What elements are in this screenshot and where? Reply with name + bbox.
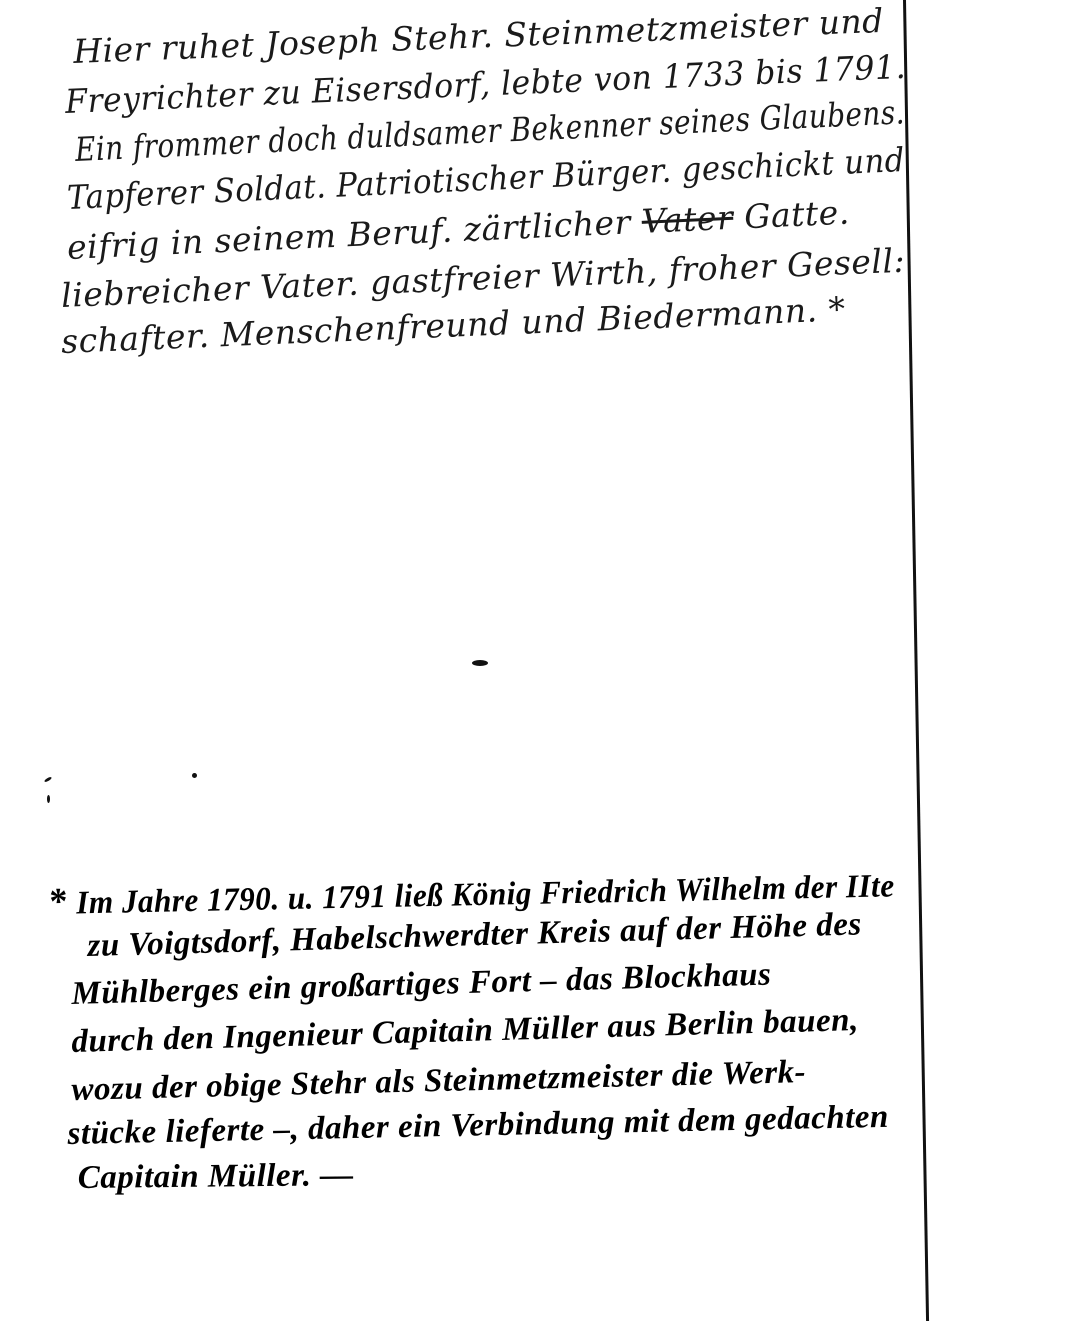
asterisk-marker: *	[49, 881, 68, 923]
footnote-line-6: stücke lieferte –, daher ein Verbindung …	[67, 1099, 889, 1153]
scan-speck	[472, 660, 488, 666]
margin-rule-line	[903, 0, 929, 1321]
footnote-line-7: Capitain Müller. —	[78, 1157, 354, 1197]
footnote-line-4: durch den Ingenieur Capitain Müller aus …	[71, 1002, 859, 1061]
footnote-line-5: wozu der obige Stehr als Steinmetzmeiste…	[71, 1054, 806, 1109]
scan-speck	[44, 776, 52, 783]
epitaph-line-5-tail: Gatte.	[743, 193, 850, 237]
scan-speck	[192, 773, 197, 778]
manuscript-page: Hier ruhet Joseph Stehr. Steinmetzmeiste…	[0, 0, 1068, 1321]
footnote-line-3: Mühlberges ein großartiges Fort – das Bl…	[71, 956, 772, 1013]
scan-speck	[47, 795, 50, 803]
struck-word: Vater	[641, 198, 734, 241]
